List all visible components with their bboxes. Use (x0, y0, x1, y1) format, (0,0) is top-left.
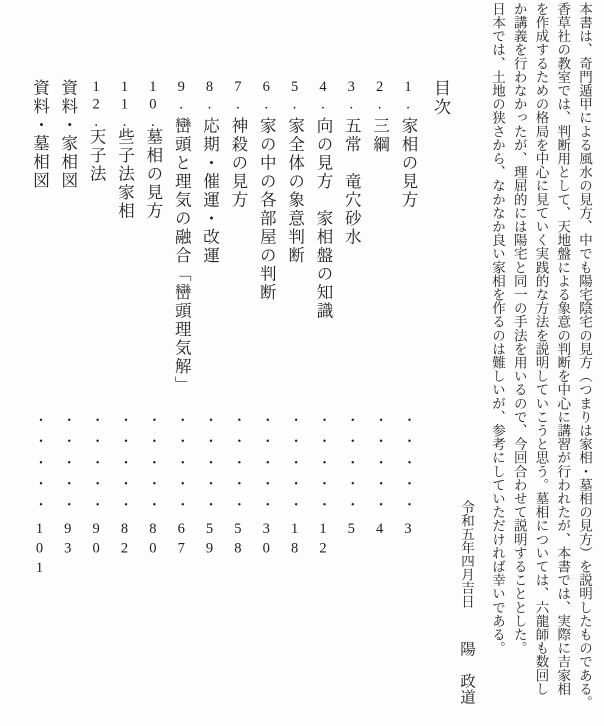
toc-item-title: 巒頭と理気の融合「巒頭理気解」 (166, 117, 196, 395)
toc-item-title: 資料・墓相図 (24, 79, 54, 190)
toc-item-number: 1. (393, 79, 423, 114)
toc-item-title: 家相の見方 (393, 117, 423, 210)
preface-line: 香草社の教室では、判断用として、天地盤による象意の判断を中心に講習が行われたが、… (551, 2, 573, 726)
toc-item-title: 向の見方 家相盤の知識 (308, 117, 338, 321)
toc-item: 4.向の見方 家相盤の知識・・・・・12 (308, 0, 338, 726)
toc-page-number: 4 (365, 521, 395, 541)
toc-item-number: 2. (365, 79, 395, 114)
toc-leader-dots: ・・・・・ (308, 413, 338, 519)
toc-leader-dots: ・・・・・ (53, 413, 83, 519)
toc-item-number: 9. (166, 79, 196, 114)
toc-item: 9.巒頭と理気の融合「巒頭理気解」・・・・・67 (166, 0, 196, 726)
toc-item-number: 8. (195, 79, 225, 114)
toc-item: 12.天子法・・・・・90 (81, 0, 111, 726)
toc-item-title: 資料・家相図 (53, 79, 83, 190)
toc-leader-dots: ・・・・・ (138, 413, 168, 519)
toc-leader-dots: ・・・・・ (223, 413, 253, 519)
preface-line: を作成するための格局を中心に見ていく実践的な方法を説明していこうと思う。墓相につ… (530, 2, 552, 726)
toc-page-number: 12 (308, 521, 338, 560)
toc-item: 2.三綱・・・・・4 (365, 0, 395, 726)
preface-date-column: 令和五年四月吉日 陽 政道 (455, 0, 477, 726)
toc-leader-dots: ・・・・・ (280, 413, 310, 519)
toc-page-number: 59 (195, 521, 225, 560)
toc-leader-dots: ・・・・・ (24, 413, 54, 519)
toc-item-number: 6. (251, 79, 281, 114)
toc-leader-dots: ・・・・・ (251, 413, 281, 519)
toc-item: 11.些子法家相・・・・・82 (110, 0, 140, 726)
toc-item: 8.応期・催運・改運・・・・・59 (195, 0, 225, 726)
toc-page-number: 67 (166, 521, 196, 560)
toc-heading: 目次 (425, 79, 455, 117)
toc-heading-column: 目次 (425, 0, 455, 726)
toc-page-number: 93 (53, 521, 83, 560)
toc-page-number: 3 (393, 521, 423, 541)
toc-item-number: 7. (223, 79, 253, 114)
toc-item-title: 家の中の各部屋の判断 (251, 117, 281, 302)
toc-item: 3.五常 竜穴砂水・・・・・5 (336, 0, 366, 726)
toc-item-title: 五常 竜穴砂水 (336, 117, 366, 247)
preface-line: 日本では、土地の狭さから、なかなか良い家相を作るのは難しいが、参考にしていただけ… (486, 2, 508, 726)
toc-item: 5.家全体の象意判断・・・・・18 (280, 0, 310, 726)
toc-page-number: 101 (24, 521, 54, 580)
toc-item-number: 11. (110, 79, 140, 132)
toc-item-title: 神殺の見方 (223, 117, 253, 210)
toc-item: 資料・墓相図・・・・・101 (24, 0, 54, 726)
toc-page-number: 18 (280, 521, 310, 560)
toc-leader-dots: ・・・・・ (110, 413, 140, 519)
toc-page-number: 82 (110, 521, 140, 560)
toc-item-title: 天子法 (81, 128, 111, 184)
toc-item-title: 三綱 (365, 117, 395, 154)
preface-date: 令和五年四月吉日 (455, 500, 477, 608)
toc-item: 1.家相の見方・・・・・3 (393, 0, 423, 726)
toc-item: 資料・家相図・・・・・93 (53, 0, 83, 726)
toc-leader-dots: ・・・・・ (336, 413, 366, 519)
toc-item-title: 墓相の見方 (138, 128, 168, 221)
toc-leader-dots: ・・・・・ (195, 413, 225, 519)
book-contents-page: 本書は、奇門遁甲による風水の見方、中でも陽宅陰宅の見方（つまりは家相・墓相の見方… (0, 0, 604, 726)
toc-item: 7.神殺の見方・・・・・58 (223, 0, 253, 726)
toc-item-title: 家全体の象意判断 (280, 117, 310, 265)
toc-leader-dots: ・・・・・ (166, 413, 196, 519)
toc-page-number: 80 (138, 521, 168, 560)
preface-line: か講義を行わなかったが、理屈的には陽宅と同一の手法を用いるので、今回合わせて説明… (508, 2, 530, 726)
toc-page-number: 5 (336, 521, 366, 541)
toc-item-number: 12. (81, 79, 111, 132)
author-signature: 陽 政道 (455, 641, 477, 705)
toc-leader-dots: ・・・・・ (81, 413, 111, 519)
toc-page-number: 58 (223, 521, 253, 560)
toc-item-number: 4. (308, 79, 338, 114)
toc-item: 6.家の中の各部屋の判断・・・・・30 (251, 0, 281, 726)
toc-item-number: 3. (336, 79, 366, 114)
toc-item: 10.墓相の見方・・・・・80 (138, 0, 168, 726)
toc-item-title: 些子法家相 (110, 128, 140, 221)
toc-leader-dots: ・・・・・ (365, 413, 395, 519)
toc-page-number: 30 (251, 521, 281, 560)
toc-item-title: 応期・催運・改運 (195, 117, 225, 265)
toc-item-number: 5. (280, 79, 310, 114)
toc-item-number: 10. (138, 79, 168, 132)
toc-leader-dots: ・・・・・ (393, 413, 423, 519)
preface-line: 本書は、奇門遁甲による風水の見方、中でも陽宅陰宅の見方（つまりは家相・墓相の見方… (573, 2, 595, 726)
toc-page-number: 90 (81, 521, 111, 560)
